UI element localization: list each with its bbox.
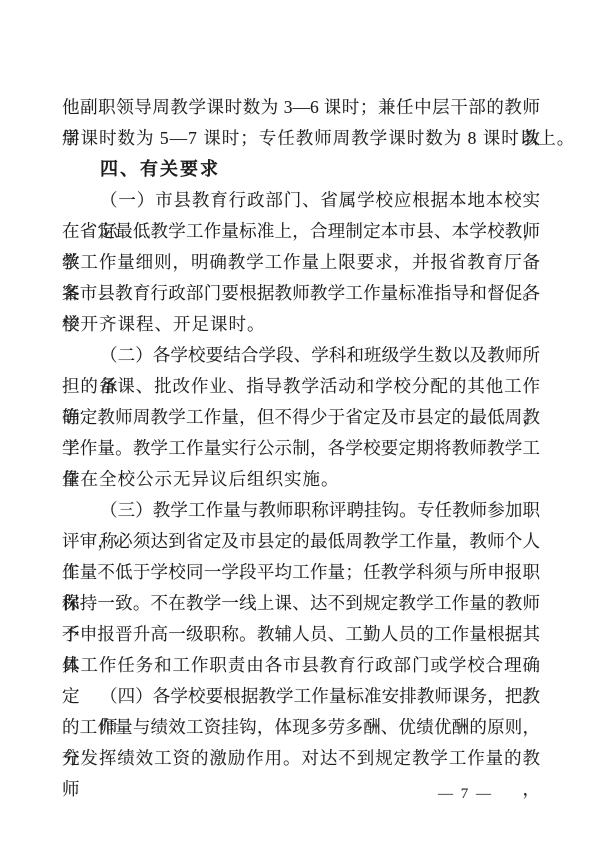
text-line: 工作量。教学工作量实行公示制，各学校要定期将教师教学工作 <box>62 433 540 464</box>
page-number: — 7 — <box>438 786 548 803</box>
text-line: 予申报晋升高一级职称。教辅人员、工勤人员的工作量根据其具 <box>62 619 540 650</box>
text-line: 各市县教育行政部门要根据教师教学工作量标准指导和督促各学 <box>62 278 540 309</box>
text-line: 体工作任务和工作职责由各市县教育行政部门或学校合理确定。 <box>62 650 540 681</box>
text-line: 确定教师周教学工作量，但不得少于省定及市县定的最低周教学 <box>62 402 540 433</box>
text-line: 分发挥绩效工资的激励作用。对达不到规定教学工作量的教师， <box>62 743 540 774</box>
section-heading: 四、有关要求 <box>62 154 540 185</box>
text-line: 学工作量细则，明确教学工作量上限要求，并报省教育厅备案。 <box>62 247 540 278</box>
text-line: 作量不低于学校同一学段平均工作量；任教学科须与所申报职称 <box>62 557 540 588</box>
document-body: 他副职领导周教学课时数为 3—6 课时；兼任中层干部的教师周教 学课时数为 5—… <box>62 92 540 774</box>
text-line: 的工作量与绩效工资挂钩，体现多劳多酬、优绩优酬的原则，充 <box>62 712 540 743</box>
text-line: （三）教学工作量与教师职称评聘挂钩。专任教师参加职称 <box>62 495 540 526</box>
text-line: 在省定最低教学工作量标准上，合理制定本市县、本学校教师教 <box>62 216 540 247</box>
text-line: （二）各学校要结合学段、学科和班级学生数以及教师所承 <box>62 340 540 371</box>
text-line: 担的备课、批改作业、指导教学活动和学校分配的其他工作等， <box>62 371 540 402</box>
text-line: 他副职领导周教学课时数为 3—6 课时；兼任中层干部的教师周教 <box>62 92 540 123</box>
text-line: 评审，必须达到省定及市县定的最低周教学工作量，教师个人工 <box>62 526 540 557</box>
text-line: 保持一致。不在教学一线上课、达不到规定教学工作量的教师不 <box>62 588 540 619</box>
document-page: 他副职领导周教学课时数为 3—6 课时；兼任中层干部的教师周教 学课时数为 5—… <box>0 0 600 858</box>
text-line: （四）各学校要根据教学工作量标准安排教师课务，把教师 <box>62 681 540 712</box>
text-line: 校开齐课程、开足课时。 <box>62 309 540 340</box>
text-line: （一）市县教育行政部门、省属学校应根据本地本校实际， <box>62 185 540 216</box>
text-line: 量在全校公示无异议后组织实施。 <box>62 464 540 495</box>
text-line: 学课时数为 5—7 课时；专任教师周教学课时数为 8 课时以上。 <box>62 123 540 154</box>
